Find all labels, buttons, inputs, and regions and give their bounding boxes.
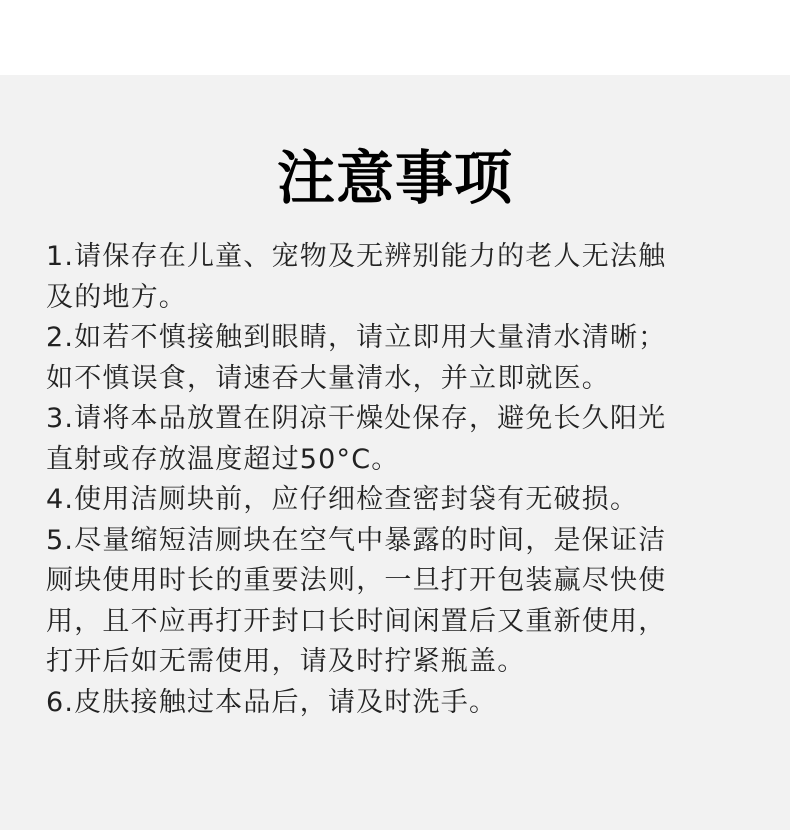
notice-item-3-line-2: 直射或存放温度超过50°C。 <box>46 440 766 481</box>
notice-item-6-line-1: 6.皮肤接触过本品后，请及时洗手。 <box>46 683 766 724</box>
notice-item-5-line-4: 打开后如无需使用，请及时拧紧瓶盖。 <box>46 642 766 683</box>
notice-item-2-line-1: 2.如若不慎接触到眼睛，请立即用大量清水清晰； <box>46 318 766 359</box>
page-title: 注意事项 <box>0 140 790 216</box>
notice-item-5-line-1: 5.尽量缩短洁厕块在空气中暴露的时间，是保证洁 <box>46 521 766 562</box>
notice-item-1-line-1: 1.请保存在儿童、宠物及无辨别能力的老人无法触 <box>46 237 766 278</box>
notice-item-1-line-2: 及的地方。 <box>46 278 766 319</box>
notice-item-2-line-2: 如不慎误食，请速吞大量清水，并立即就医。 <box>46 359 766 400</box>
notice-item-5-line-3: 用，且不应再打开封口长时间闲置后又重新使用， <box>46 602 766 643</box>
notice-item-5-line-2: 厕块使用时长的重要法则，一旦打开包装赢尽快使 <box>46 561 766 602</box>
notice-item-3-line-1: 3.请将本品放置在阴凉干燥处保存，避免长久阳光 <box>46 399 766 440</box>
notice-item-4-line-1: 4.使用洁厕块前，应仔细检查密封袋有无破损。 <box>46 480 766 521</box>
notice-list: 1.请保存在儿童、宠物及无辨别能力的老人无法触 及的地方。 2.如若不慎接触到眼… <box>46 237 766 723</box>
top-whitespace <box>0 0 790 75</box>
